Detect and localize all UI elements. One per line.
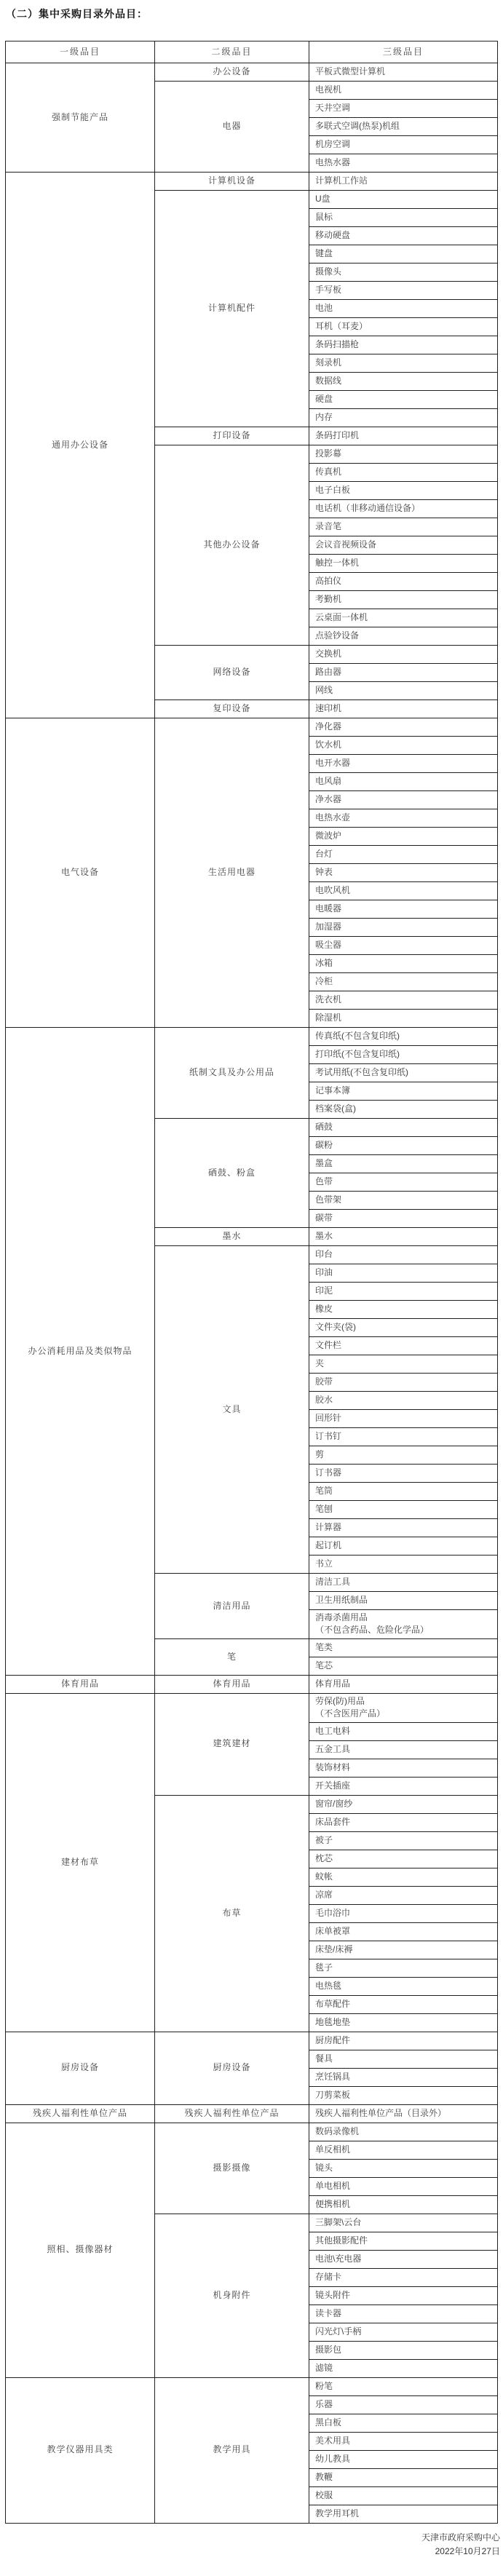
- level3-cell: 胶带: [309, 1374, 498, 1392]
- level3-cell: 刀剪菜板: [309, 2086, 498, 2104]
- level3-cell: 卫生用纸制品: [309, 1592, 498, 1610]
- level3-cell: 档案袋(盒): [309, 1101, 498, 1119]
- level3-cell: 床垫/床褥: [309, 1941, 498, 1959]
- level3-cell: 开关插座: [309, 1777, 498, 1795]
- level3-cell: 数据线: [309, 373, 498, 391]
- header-level3: 三级品目: [309, 41, 498, 63]
- level3-cell: 起订机: [309, 1537, 498, 1555]
- level3-cell: 笔筒: [309, 1483, 498, 1501]
- level3-cell: 镜头: [309, 2159, 498, 2177]
- footer-org: 天津市政府采购中心: [0, 2531, 500, 2545]
- level3-cell: 文件夹(袋): [309, 1319, 498, 1337]
- level3-cell: 单电相机: [309, 2177, 498, 2195]
- level3-cell: 餐具: [309, 2050, 498, 2068]
- level3-cell: 地毯地垫: [309, 2013, 498, 2032]
- level3-cell: 毛巾浴巾: [309, 1904, 498, 1922]
- level3-cell: 移动硬盘: [309, 227, 498, 245]
- level3-cell: 内存: [309, 409, 498, 427]
- table-row: 照相、摄像器材摄影摄像数码录像机: [6, 2123, 498, 2141]
- level3-cell: 路由器: [309, 664, 498, 682]
- level2-cell: 复印设备: [155, 700, 309, 718]
- level3-cell: 计算机工作站: [309, 173, 498, 191]
- level3-cell: 笔类: [309, 1638, 498, 1657]
- table-row: 建材布草建筑建材劳保(防)用品 （不含医用产品）: [6, 1693, 498, 1722]
- level3-cell: 高拍仪: [309, 573, 498, 591]
- table-row: 强制节能产品办公设备平板式微型计算机: [6, 63, 498, 82]
- level2-cell: 教学用具: [155, 2377, 309, 2523]
- level3-cell: 便携相机: [309, 2195, 498, 2214]
- level3-cell: 闪光灯\手柄: [309, 2323, 498, 2341]
- level2-cell: 网络设备: [155, 646, 309, 700]
- level3-cell: 计算器: [309, 1519, 498, 1537]
- level3-cell: 电热水壶: [309, 809, 498, 828]
- level3-cell: 笔芯: [309, 1657, 498, 1675]
- level3-cell: 硬盘: [309, 391, 498, 409]
- level3-cell: 烹饪锅具: [309, 2068, 498, 2086]
- level2-cell: 机身附件: [155, 2214, 309, 2377]
- level3-cell: 电吹风机: [309, 882, 498, 900]
- level3-cell: 电风扇: [309, 773, 498, 791]
- level2-cell: 计算机配件: [155, 191, 309, 427]
- level3-cell: 布草配件: [309, 1995, 498, 2013]
- level3-cell: 触控一体机: [309, 555, 498, 573]
- level3-cell: 色带: [309, 1173, 498, 1192]
- level3-cell: 鼠标: [309, 209, 498, 227]
- level3-cell: 电热水器: [309, 154, 498, 173]
- level3-cell: 存储卡: [309, 2268, 498, 2286]
- level3-cell: 床品套件: [309, 1813, 498, 1831]
- level3-cell: 滤镜: [309, 2359, 498, 2377]
- level3-cell: 电话机（非移动通信设备）: [309, 500, 498, 518]
- level3-cell: 摄影包: [309, 2341, 498, 2359]
- level3-cell: 色带架: [309, 1192, 498, 1210]
- level3-cell: 碳带: [309, 1210, 498, 1228]
- level3-cell: 毯子: [309, 1959, 498, 1977]
- level1-cell: 残疾人福利性单位产品: [6, 2104, 155, 2123]
- level3-cell: 投影幕: [309, 445, 498, 464]
- level3-cell: 云桌面一体机: [309, 609, 498, 627]
- level3-cell: 速印机: [309, 700, 498, 718]
- level3-cell: 消毒杀菌用品 （不包含药品、危险化学品）: [309, 1610, 498, 1639]
- level3-cell: 窗帘/窗纱: [309, 1795, 498, 1813]
- level3-cell: 被子: [309, 1831, 498, 1850]
- level3-cell: 网线: [309, 682, 498, 700]
- level3-cell: 电池\充电器: [309, 2250, 498, 2268]
- level3-cell: 饮水机: [309, 737, 498, 755]
- level3-cell: 粉笔: [309, 2377, 498, 2395]
- level3-cell: 除湿机: [309, 1010, 498, 1028]
- level3-cell: U盘: [309, 191, 498, 209]
- level2-cell: 打印设备: [155, 427, 309, 445]
- level3-cell: 考试用纸(不包含复印纸): [309, 1064, 498, 1082]
- level3-cell: 打印纸(不包含复印纸): [309, 1046, 498, 1064]
- level3-cell: 微波炉: [309, 828, 498, 846]
- level2-cell: 电器: [155, 82, 309, 173]
- level3-cell: 记事本簿: [309, 1082, 498, 1101]
- level2-cell: 生活用电器: [155, 718, 309, 1028]
- level3-cell: 净水器: [309, 791, 498, 809]
- level3-cell: 墨盒: [309, 1155, 498, 1173]
- level1-cell: 厨房设备: [6, 2032, 155, 2104]
- level2-cell: 笔: [155, 1638, 309, 1675]
- level3-cell: 冰箱: [309, 955, 498, 973]
- level3-cell: 黑白板: [309, 2414, 498, 2432]
- table-row: 体育用品体育用品体育用品: [6, 1675, 498, 1693]
- document-footer: 天津市政府采购中心 2022年10月27日: [0, 2524, 503, 2563]
- level3-cell: 电视机: [309, 82, 498, 100]
- level3-cell: 数码录像机: [309, 2123, 498, 2141]
- level3-cell: 乐器: [309, 2395, 498, 2414]
- level3-cell: 刻录机: [309, 354, 498, 373]
- level3-cell: 装饰材料: [309, 1759, 498, 1777]
- page-title: （二）集中采购目录外品目：: [0, 0, 503, 21]
- level3-cell: 劳保(防)用品 （不含医用产品）: [309, 1693, 498, 1722]
- level3-cell: 钟表: [309, 864, 498, 882]
- level3-cell: 蚊帐: [309, 1868, 498, 1886]
- level3-cell: 印泥: [309, 1283, 498, 1301]
- level3-cell: 电暖器: [309, 900, 498, 919]
- table-row: 电气设备生活用电器净化器: [6, 718, 498, 737]
- level3-cell: 净化器: [309, 718, 498, 737]
- level3-cell: 剪: [309, 1446, 498, 1465]
- level2-cell: 墨水: [155, 1228, 309, 1246]
- level1-cell: 体育用品: [6, 1675, 155, 1693]
- table-row: 教学仪器用具类教学用具粉笔: [6, 2377, 498, 2395]
- table-header-row: 一级品目 二级品目 三级品目: [6, 41, 498, 63]
- level3-cell: 录音笔: [309, 518, 498, 536]
- level3-cell: 残疾人福利性单位产品（目录外）: [309, 2104, 498, 2123]
- level2-cell: 计算机设备: [155, 173, 309, 191]
- level3-cell: 冷柜: [309, 973, 498, 991]
- level3-cell: 三脚架\云台: [309, 2214, 498, 2232]
- level1-cell: 电气设备: [6, 718, 155, 1028]
- level3-cell: 五金工具: [309, 1740, 498, 1759]
- level3-cell: 交换机: [309, 646, 498, 664]
- table-row: 办公消耗用品及类似物品纸制文具及办公用品传真纸(不包含复印纸): [6, 1028, 498, 1046]
- level3-cell: 幼儿教具: [309, 2450, 498, 2468]
- level2-cell: 厨房设备: [155, 2032, 309, 2104]
- level2-cell: 办公设备: [155, 63, 309, 82]
- level3-cell: 天井空调: [309, 100, 498, 118]
- level3-cell: 回形针: [309, 1410, 498, 1428]
- level3-cell: 洗衣机: [309, 991, 498, 1010]
- level3-cell: 其他摄影配件: [309, 2232, 498, 2250]
- level3-cell: 单反相机: [309, 2141, 498, 2159]
- level3-cell: 文件栏: [309, 1337, 498, 1355]
- level3-cell: 教鞭: [309, 2468, 498, 2486]
- level3-cell: 碳粉: [309, 1137, 498, 1155]
- level3-cell: 电工电料: [309, 1722, 498, 1740]
- level3-cell: 电热毯: [309, 1977, 498, 1995]
- header-level2: 二级品目: [155, 41, 309, 63]
- level3-cell: 点验钞设备: [309, 627, 498, 646]
- level2-cell: 摄影摄像: [155, 2123, 309, 2214]
- level3-cell: 电池: [309, 300, 498, 318]
- header-level1: 一级品目: [6, 41, 155, 63]
- level2-cell: 其他办公设备: [155, 445, 309, 646]
- level3-cell: 清洁工具: [309, 1574, 498, 1592]
- level3-cell: 加湿器: [309, 919, 498, 937]
- level3-cell: 读卡器: [309, 2304, 498, 2323]
- level1-cell: 通用办公设备: [6, 173, 155, 718]
- level3-cell: 考勤机: [309, 591, 498, 609]
- level3-cell: 镜头附件: [309, 2286, 498, 2304]
- level3-cell: 订书器: [309, 1465, 498, 1483]
- level2-cell: 纸制文具及办公用品: [155, 1028, 309, 1119]
- level3-cell: 键盘: [309, 245, 498, 263]
- level2-cell: 硒鼓、粉盒: [155, 1119, 309, 1228]
- level3-cell: 墨水: [309, 1228, 498, 1246]
- level3-cell: 硒鼓: [309, 1119, 498, 1137]
- level3-cell: 笔刨: [309, 1501, 498, 1519]
- level3-cell: 体育用品: [309, 1675, 498, 1693]
- level3-cell: 机房空调: [309, 136, 498, 154]
- level1-cell: 办公消耗用品及类似物品: [6, 1028, 155, 1676]
- level3-cell: 会议音视频设备: [309, 536, 498, 555]
- level3-cell: 校服: [309, 2486, 498, 2505]
- table-row: 厨房设备厨房设备厨房配件: [6, 2032, 498, 2050]
- level1-cell: 教学仪器用具类: [6, 2377, 155, 2523]
- level3-cell: 凉席: [309, 1886, 498, 1904]
- level2-cell: 清洁用品: [155, 1574, 309, 1639]
- level2-cell: 建筑建材: [155, 1693, 309, 1795]
- level3-cell: 印台: [309, 1246, 498, 1264]
- level3-cell: 吸尘器: [309, 937, 498, 955]
- level3-cell: 教学用耳机: [309, 2505, 498, 2523]
- level1-cell: 照相、摄像器材: [6, 2123, 155, 2377]
- level3-cell: 橡皮: [309, 1301, 498, 1319]
- table-row: 残疾人福利性单位产品残疾人福利性单位产品残疾人福利性单位产品（目录外）: [6, 2104, 498, 2123]
- level2-cell: 残疾人福利性单位产品: [155, 2104, 309, 2123]
- level3-cell: 平板式微型计算机: [309, 63, 498, 82]
- level3-cell: 传真纸(不包含复印纸): [309, 1028, 498, 1046]
- level3-cell: 胶水: [309, 1392, 498, 1410]
- level3-cell: 传真机: [309, 464, 498, 482]
- level2-cell: 体育用品: [155, 1675, 309, 1693]
- catalog-table: 一级品目 二级品目 三级品目 强制节能产品办公设备平板式微型计算机电器电视机天井…: [5, 41, 498, 2524]
- level1-cell: 建材布草: [6, 1693, 155, 2032]
- level3-cell: 厨房配件: [309, 2032, 498, 2050]
- level3-cell: 条码打印机: [309, 427, 498, 445]
- footer-date: 2022年10月27日: [0, 2545, 500, 2559]
- level3-cell: 条码扫描枪: [309, 336, 498, 354]
- level3-cell: 台灯: [309, 846, 498, 864]
- level1-cell: 强制节能产品: [6, 63, 155, 173]
- level3-cell: 电开水器: [309, 755, 498, 773]
- level2-cell: 文具: [155, 1246, 309, 1574]
- level2-cell: 布草: [155, 1795, 309, 2032]
- level3-cell: 摄像头: [309, 263, 498, 282]
- level3-cell: 电子白板: [309, 482, 498, 500]
- level3-cell: 夹: [309, 1355, 498, 1374]
- table-row: 通用办公设备计算机设备计算机工作站: [6, 173, 498, 191]
- level3-cell: 印油: [309, 1264, 498, 1283]
- level3-cell: 美术用具: [309, 2432, 498, 2450]
- level3-cell: 床单被罩: [309, 1922, 498, 1941]
- level3-cell: 书立: [309, 1555, 498, 1574]
- level3-cell: 耳机（耳麦）: [309, 318, 498, 336]
- level3-cell: 手写板: [309, 282, 498, 300]
- level3-cell: 订书钉: [309, 1428, 498, 1446]
- level3-cell: 多联式空调(热泵)机组: [309, 118, 498, 136]
- level3-cell: 枕芯: [309, 1850, 498, 1868]
